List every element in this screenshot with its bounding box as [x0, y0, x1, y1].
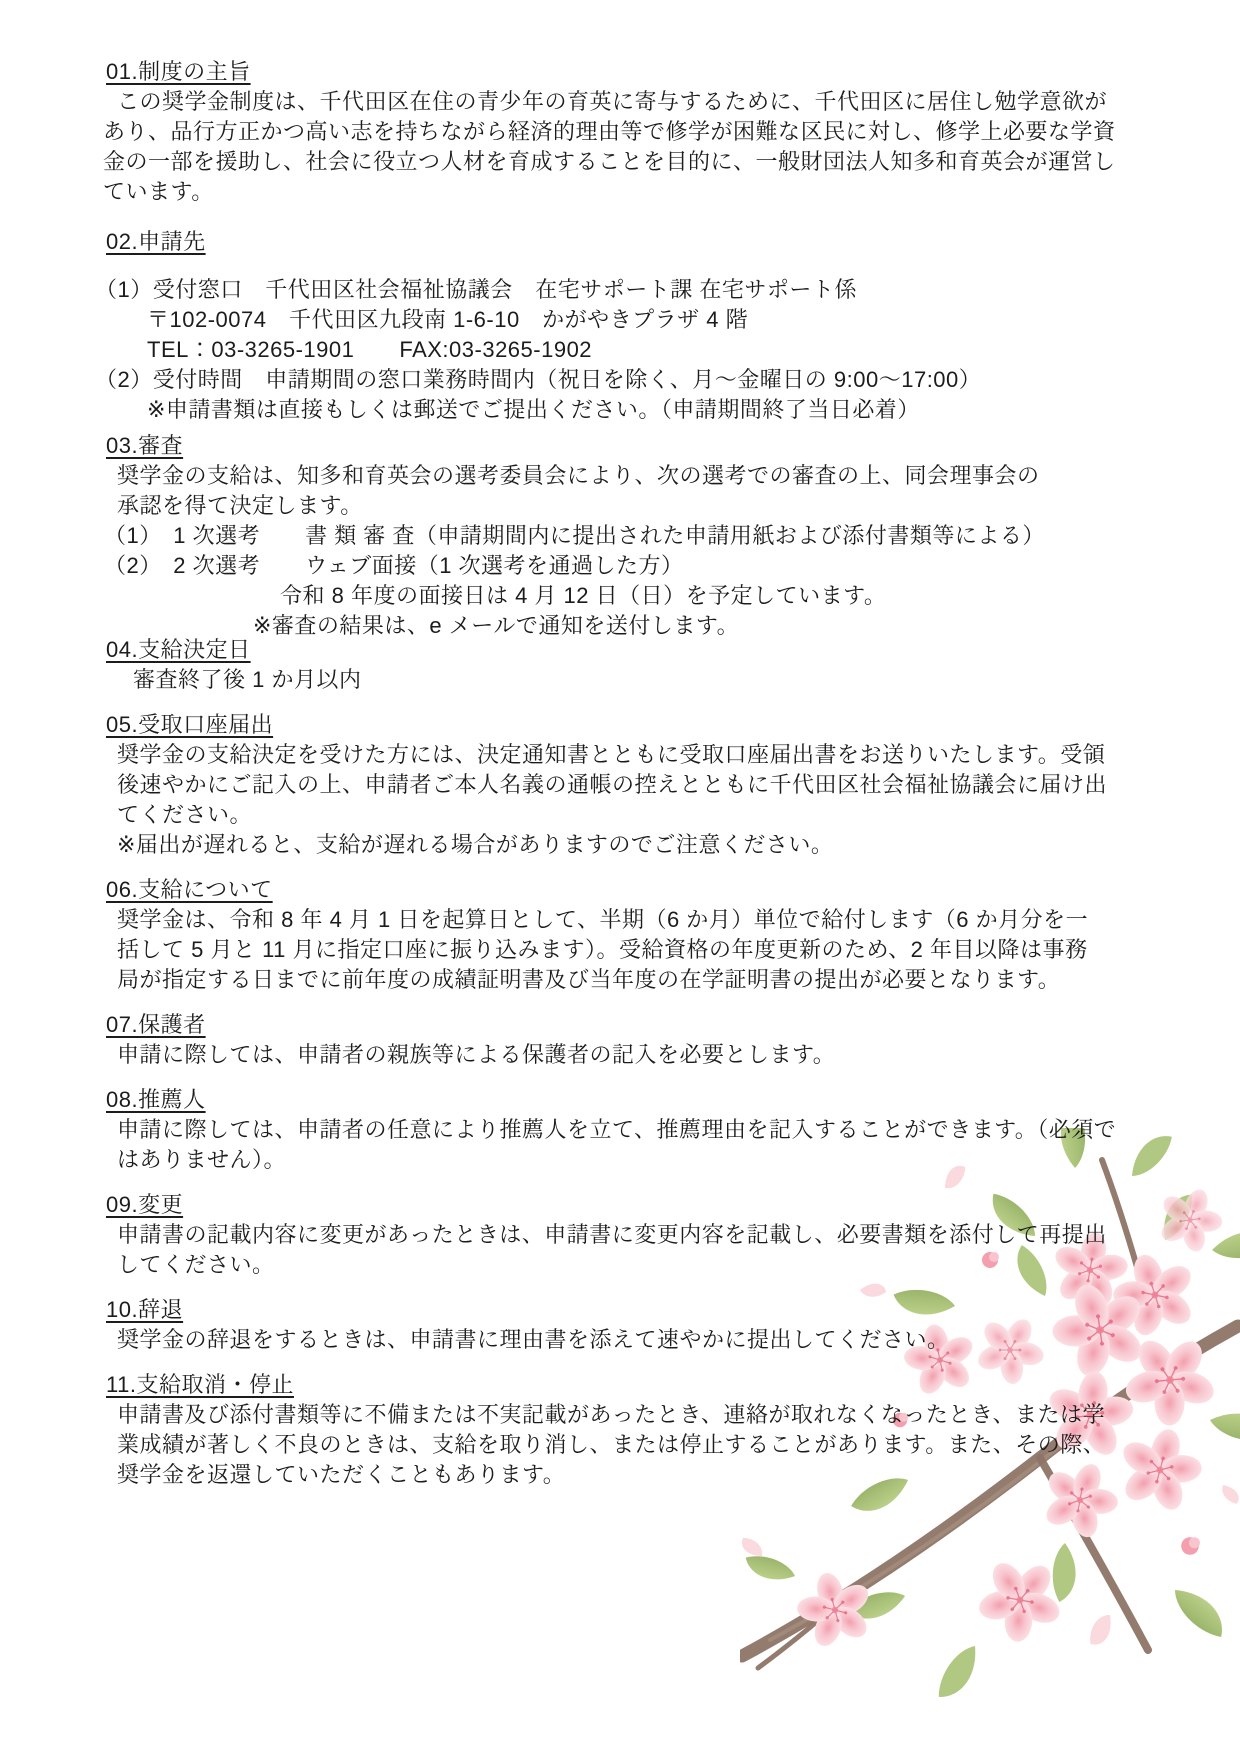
- text-line: ています。: [103, 177, 1200, 207]
- text-line: 括して 5 月と 11 月に指定口座に振り込みます）。受給資格の年度更新のため、…: [117, 935, 1200, 965]
- text-line: 奨学金の支給は、知多和育英会の選考委員会により、次の選考での審査の上、同会理事会…: [117, 461, 1200, 491]
- text-line: 奨学金の辞退をするときは、申請書に理由書を添えて速やかに提出してください。: [117, 1325, 1200, 1355]
- section-03: 03.審査奨学金の支給は、知多和育英会の選考委員会により、次の選考での審査の上、…: [95, 431, 1200, 641]
- section-09-title: 09.変更: [106, 1190, 1200, 1220]
- section-10-title: 10.辞退: [106, 1295, 1200, 1325]
- section-11: 11.支給取消・停止申請書及び添付書類等に不備または不実記載があったとき、連絡が…: [95, 1370, 1200, 1490]
- text-line: 申請書の記載内容に変更があったときは、申請書に変更内容を記載し、必要書類を添付し…: [117, 1220, 1200, 1250]
- section-01-title: 01.制度の主旨: [106, 57, 1200, 87]
- section-02-title: 02.申請先: [106, 227, 1200, 257]
- text-line: 金の一部を援助し、社会に役立つ人材を育成することを目的に、一般財団法人知多和育英…: [103, 147, 1200, 177]
- text-line: はありません）。: [117, 1145, 1200, 1175]
- text-line: 令和 8 年度の面接日は 4 月 12 日（日）を予定しています。: [280, 581, 1200, 611]
- text-line: 申請に際しては、申請者の親族等による保護者の記入を必要とします。: [117, 1040, 1200, 1070]
- section-02: 02.申請先（1）受付窓口 千代田区社会福祉協議会 在宅サポート課 在宅サポート…: [95, 227, 1200, 425]
- text-line: 申請書及び添付書類等に不備または不実記載があったとき、連絡が取れなくなったとき、…: [117, 1400, 1200, 1430]
- text-line: （2）受付時間 申請期間の窓口業務時間内（祝日を除く、月～金曜日の 9:00～1…: [95, 365, 1200, 395]
- text-line: 局が指定する日までに前年度の成績証明書及び当年度の在学証明書の提出が必要となりま…: [117, 965, 1200, 995]
- text-line: 奨学金を返還していただくこともあります。: [117, 1460, 1200, 1490]
- section-11-title: 11.支給取消・停止: [106, 1370, 1200, 1400]
- text-line: 申請に際しては、申請者の任意により推薦人を立て、推薦理由を記入することができます…: [117, 1115, 1200, 1145]
- document-page: 01.制度の主旨この奨学金制度は、千代田区在住の青少年の育英に寄与するために、千…: [0, 0, 1240, 1754]
- section-01: 01.制度の主旨この奨学金制度は、千代田区在住の青少年の育英に寄与するために、千…: [95, 57, 1200, 207]
- section-06-title: 06.支給について: [106, 875, 1200, 905]
- text-line: 〒102-0074 千代田区九段南 1-6-10 かがやきプラザ 4 階: [147, 305, 1200, 335]
- text-line: あり、品行方正かつ高い志を持ちながら経済的理由等で修学が困難な区民に対し、修学上…: [103, 117, 1200, 147]
- section-09: 09.変更申請書の記載内容に変更があったときは、申請書に変更内容を記載し、必要書…: [95, 1190, 1200, 1280]
- text-line: この奨学金制度は、千代田区在住の青少年の育英に寄与するために、千代田区に居住し勉…: [117, 87, 1200, 117]
- section-08-title: 08.推薦人: [106, 1085, 1200, 1115]
- section-07: 07.保護者申請に際しては、申請者の親族等による保護者の記入を必要とします。: [95, 1010, 1200, 1070]
- text-line: 奨学金は、令和 8 年 4 月 1 日を起算日として、半期（6 か月）単位で給付…: [117, 905, 1200, 935]
- text-line: してください。: [117, 1250, 1200, 1280]
- text-line: （2） 2 次選考 ウェブ面接（1 次選考を通過した方）: [104, 551, 1200, 581]
- section-08: 08.推薦人申請に際しては、申請者の任意により推薦人を立て、推薦理由を記入するこ…: [95, 1085, 1200, 1175]
- section-05-title: 05.受取口座届出: [106, 710, 1200, 740]
- section-06: 06.支給について奨学金は、令和 8 年 4 月 1 日を起算日として、半期（6…: [95, 875, 1200, 995]
- text-line: 審査終了後 1 か月以内: [133, 665, 1200, 695]
- text-line: TEL：03-3265-1901 FAX:03-3265-1902: [147, 335, 1200, 365]
- section-07-title: 07.保護者: [106, 1010, 1200, 1040]
- text-line: 後速やかにご記入の上、申請者ご本人名義の通帳の控えとともに千代田区社会福祉協議会…: [117, 770, 1200, 800]
- document-body: 01.制度の主旨この奨学金制度は、千代田区在住の青少年の育英に寄与するために、千…: [0, 0, 1240, 1490]
- text-line: 業成績が著しく不良のときは、支給を取り消し、または停止することがあります。また、…: [117, 1430, 1200, 1460]
- text-line: （1）受付窓口 千代田区社会福祉協議会 在宅サポート課 在宅サポート係: [95, 275, 1200, 305]
- text-line: ※申請書類は直接もしくは郵送でご提出ください。（申請期間終了当日必着）: [147, 395, 1200, 425]
- section-05: 05.受取口座届出奨学金の支給決定を受けた方には、決定通知書とともに受取口座届出…: [95, 710, 1200, 860]
- section-04: 04.支給決定日審査終了後 1 か月以内: [95, 635, 1200, 695]
- text-line: （1） 1 次選考 書 類 審 査（申請期間内に提出された申請用紙および添付書類…: [104, 521, 1200, 551]
- section-10: 10.辞退奨学金の辞退をするときは、申請書に理由書を添えて速やかに提出してくださ…: [95, 1295, 1200, 1355]
- text-line: ※届出が遅れると、支給が遅れる場合がありますのでご注意ください。: [117, 830, 1200, 860]
- text-line: 奨学金の支給決定を受けた方には、決定通知書とともに受取口座届出書をお送りいたしま…: [117, 740, 1200, 770]
- text-line: てください。: [117, 800, 1200, 830]
- text-line: 承認を得て決定します。: [117, 491, 1200, 521]
- section-03-title: 03.審査: [106, 431, 1200, 461]
